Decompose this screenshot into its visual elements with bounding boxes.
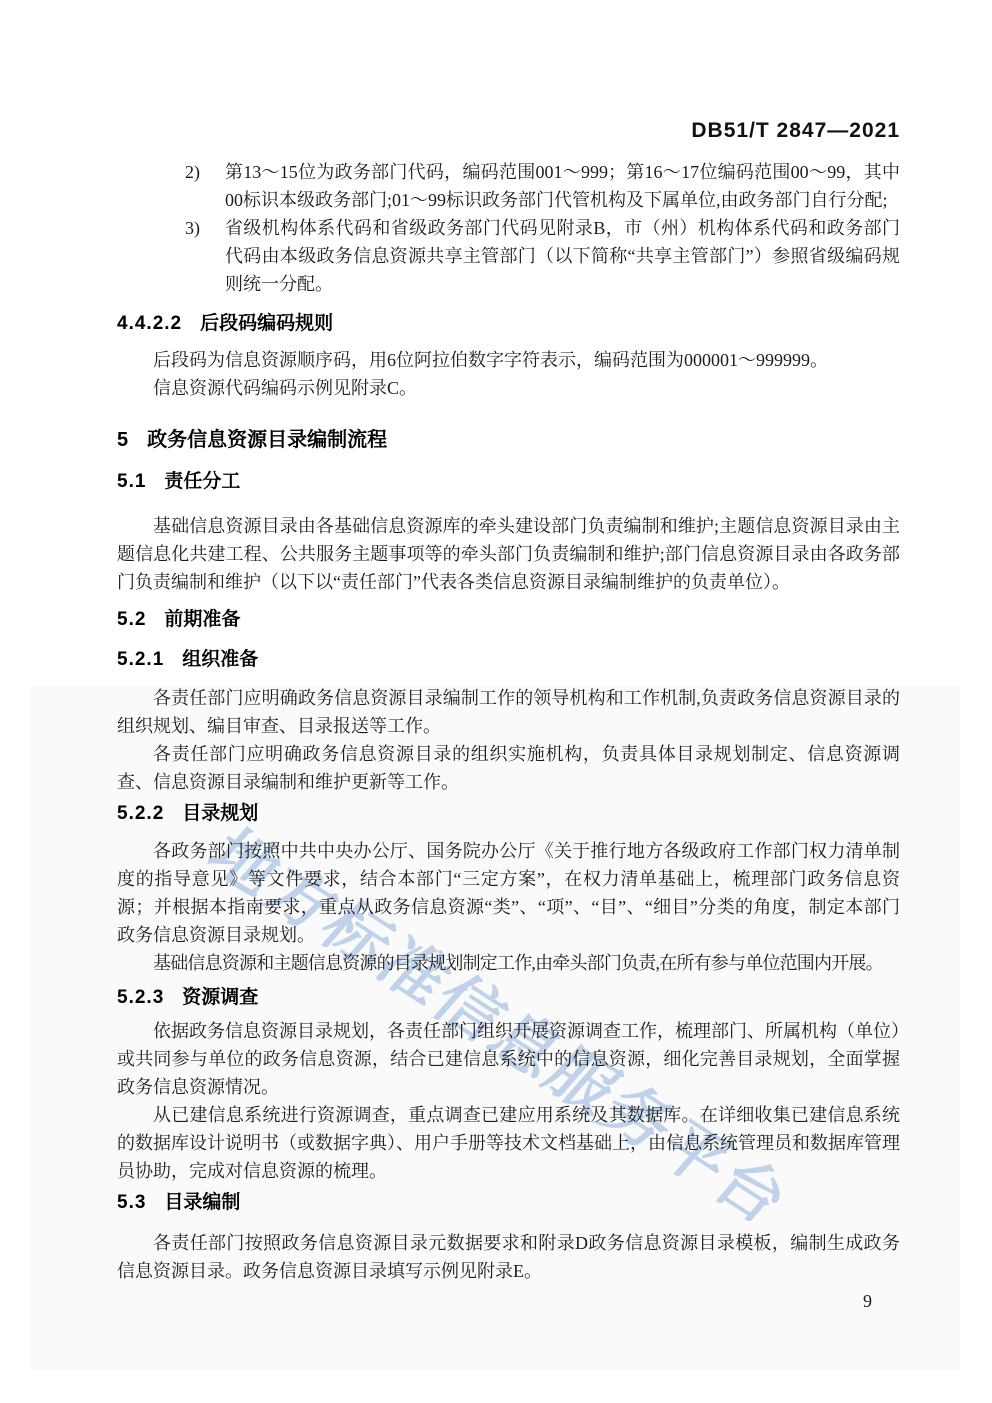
list-item-text: 省级机构体系代码和省级政务部门代码见附录B，市（州）机构体系代码和政务部门代码由… (225, 214, 900, 298)
section-number: 5.2.2 (117, 800, 164, 828)
section-number: 5.2 (117, 606, 146, 634)
paragraph: 各责任部门按照政务信息资源目录元数据要求和附录D政务信息资源目录模板，编制生成政… (117, 1229, 900, 1285)
section-heading-5-2-1: 5.2.1组织准备 (117, 646, 900, 674)
section-number: 5.2.1 (117, 646, 164, 674)
document-code: DB51/T 2847—2021 (117, 118, 900, 144)
section-heading-5-3: 5.3目录编制 (117, 1189, 900, 1217)
document-page: 地方标准信息服务平台 DB51/T 2847—2021 2) 第13～15位为政… (0, 0, 992, 1403)
list-item: 3) 省级机构体系代码和省级政务部门代码见附录B，市（州）机构体系代码和政务部门… (117, 214, 900, 298)
list-item-text: 第13～15位为政务部门代码，编码范围001～999；第16～17位编码范围00… (225, 158, 900, 214)
paragraph: 基础信息资源目录由各基础信息资源库的牵头建设部门负责编制和维护;主题信息资源目录… (117, 512, 900, 596)
section-heading-5-2: 5.2前期准备 (117, 606, 900, 634)
list-item-marker: 3) (185, 214, 225, 298)
section-heading-4-4-2-2: 4.4.2.2后段码编码规则 (117, 310, 900, 338)
paragraph: 各政务部门按照中共中央办公厅、国务院办公厅《关于推行地方各级政府工作部门权力清单… (117, 837, 900, 949)
section-heading-5-2-2: 5.2.2目录规划 (117, 800, 900, 828)
page-number: 9 (117, 1287, 900, 1315)
section-heading-5-2-3: 5.2.3资源调查 (117, 984, 900, 1012)
section-heading-5-1: 5.1责任分工 (117, 468, 900, 496)
paragraph: 后段码为信息资源顺序码，用6位阿拉伯数字字符表示，编码范围为000001～999… (117, 346, 900, 374)
paragraph: 基础信息资源和主题信息资源的目录规划制定工作,由牵头部门负责,在所有参与单位范围… (117, 949, 900, 977)
section-number: 5.3 (117, 1189, 146, 1217)
section-title: 资源调查 (182, 987, 258, 1008)
section-number: 5 (117, 426, 129, 454)
section-heading-5: 5政务信息资源目录编制流程 (117, 426, 900, 454)
paragraph: 信息资源代码编码示例见附录C。 (117, 374, 900, 402)
list-item-marker: 2) (185, 158, 225, 214)
section-title: 前期准备 (164, 609, 240, 630)
list-item: 2) 第13～15位为政务部门代码，编码范围001～999；第16～17位编码范… (117, 158, 900, 214)
section-title: 后段码编码规则 (200, 313, 333, 334)
section-title: 组织准备 (182, 649, 258, 670)
section-number: 5.1 (117, 468, 146, 496)
section-title: 目录规划 (182, 803, 258, 824)
section-title: 目录编制 (164, 1192, 240, 1213)
paragraph: 从已建信息系统进行资源调查，重点调查已建应用系统及其数据库。在详细收集已建信息系… (117, 1101, 900, 1185)
paragraph: 各责任部门应明确政务信息资源目录编制工作的领导机构和工作机制,负责政务信息资源目… (117, 684, 900, 740)
section-title: 责任分工 (164, 471, 240, 492)
section-title: 政务信息资源目录编制流程 (147, 429, 387, 451)
paragraph: 各责任部门应明确政务信息资源目录的组织实施机构，负责具体目录规划制定、信息资源调… (117, 740, 900, 796)
numbered-list: 2) 第13～15位为政务部门代码，编码范围001～999；第16～17位编码范… (117, 158, 900, 298)
section-number: 5.2.3 (117, 984, 164, 1012)
section-number: 4.4.2.2 (117, 310, 182, 338)
paragraph: 依据政务信息资源目录规划，各责任部门组织开展资源调查工作，梳理部门、所属机构（单… (117, 1017, 900, 1101)
page-content: DB51/T 2847—2021 2) 第13～15位为政务部门代码，编码范围0… (0, 0, 992, 1315)
